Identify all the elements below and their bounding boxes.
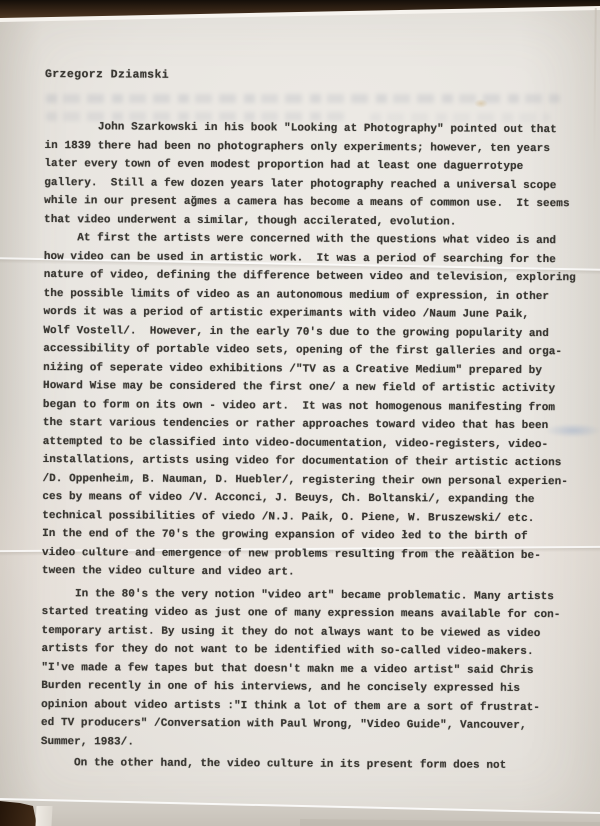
paragraph-3: In the 80's the very notion "video art" … xyxy=(41,584,577,754)
paragraph-2: At first the artists were concerned with… xyxy=(42,229,579,584)
author-name: Grzegorz Dziamski xyxy=(45,68,580,84)
document-photo: Grzegorz Dziamski John Szarkowski in his… xyxy=(0,0,600,826)
paragraph-4: On the other hand, the video culture in … xyxy=(41,754,576,776)
essay-body: John Szarkowski in his book "Looking at … xyxy=(41,118,580,776)
paragraph-1: John Szarkowski in his book "Looking at … xyxy=(44,118,580,232)
sheet-edge-sliver xyxy=(35,806,52,826)
typewritten-text: Grzegorz Dziamski John Szarkowski in his… xyxy=(41,68,580,776)
